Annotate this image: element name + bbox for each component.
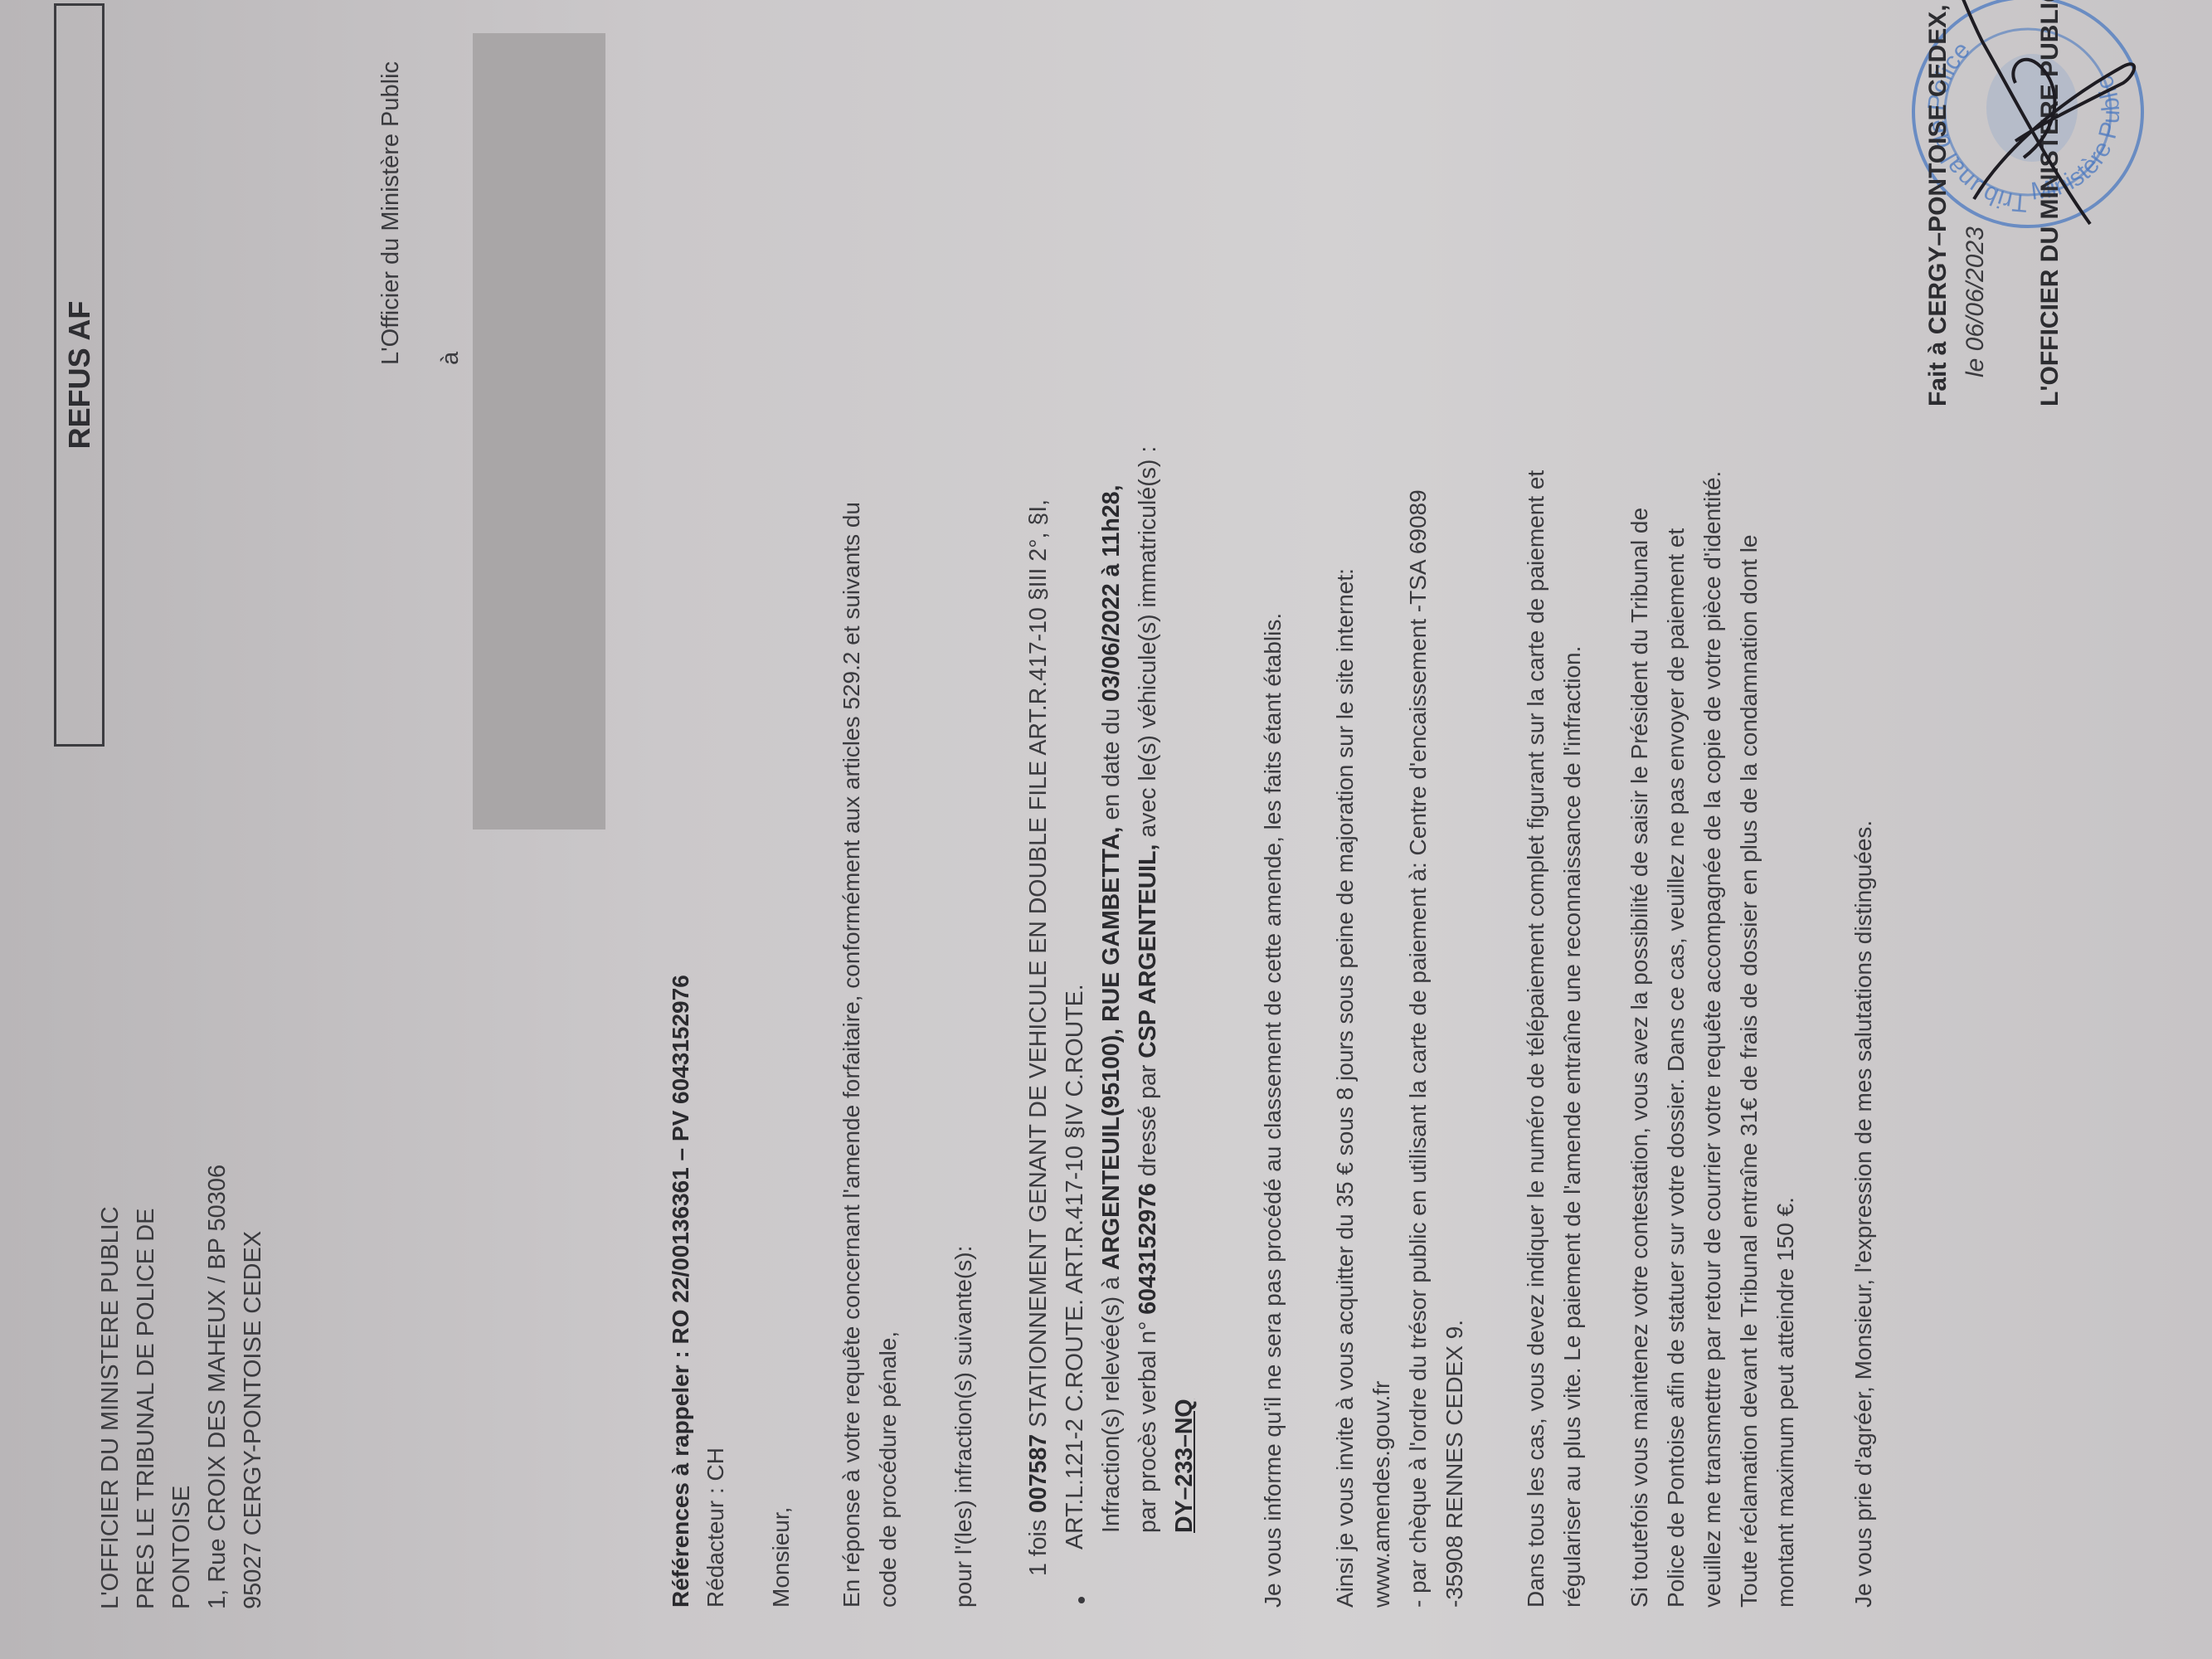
payment-website: www.amendes.gouv.fr: [1364, 489, 1400, 1608]
contestation-line: Toute réclamation devant le Tribunal ent…: [1731, 471, 1767, 1608]
redacted-recipient-address: [473, 33, 605, 829]
license-plate: DY–233–NQ: [1171, 1399, 1198, 1533]
payment-line: - par chèque à l'ordre du trésor public …: [1400, 489, 1437, 1608]
sender-line: 1, Rue CROIX DES MAHEUX / BP 50306: [200, 1165, 236, 1609]
telepaiement-paragraph: Dans tous les cas, vous devez indiquer l…: [1518, 470, 1591, 1608]
contestation-line: montant maximum peut atteindre 150 €.: [1767, 471, 1804, 1608]
infraction-datetime: 03/06/2022 à 11h28,: [1098, 484, 1125, 701]
references-block: Références à rappeler : RO 22/00136361 –…: [664, 975, 733, 1608]
date-prefix: en date du: [1098, 708, 1125, 820]
reference-label: Références à rappeler :: [668, 1350, 693, 1608]
letter-page: L'OFFICIER DU MINISTERE PUBLIC PRES LE T…: [0, 0, 2212, 1659]
from-to-block: L'Officier du Ministère Public à: [361, 61, 480, 365]
telepaiement-line: régulariser au plus vite. Le paiement de…: [1554, 470, 1591, 1608]
telepaiement-line: Dans tous les cas, vous devez indiquer l…: [1518, 470, 1554, 1608]
sender-line: L'OFFICIER DU MINISTERE PUBLIC: [93, 1165, 129, 1609]
drawn-by: CSP ARGENTEUIL,: [1135, 844, 1161, 1058]
contestation-line: Si toutefois vous maintenez votre contes…: [1621, 471, 1658, 1608]
place-prefix: Infraction(s) relevée(s) à: [1098, 1277, 1125, 1533]
drawn-by-prefix: dressé par: [1135, 1065, 1161, 1177]
reference-value: RO 22/00136361 – PV 6043152976: [668, 975, 693, 1344]
payment-line: Ainsi je vous invite à vous acquitter du…: [1327, 489, 1364, 1608]
reference-line: Références à rappeler : RO 22/00136361 –…: [664, 975, 698, 1608]
intro-line: En réponse à votre requête concernant l'…: [834, 502, 870, 1608]
infraction-line-3: Infraction(s) relevée(s) à ARGENTEUIL(95…: [1093, 446, 1130, 1576]
intro-line: code de procédure pénale,: [870, 502, 907, 1608]
count-prefix: 1 fois: [1025, 1520, 1052, 1576]
photo-background: L'OFFICIER DU MINISTERE PUBLIC PRES LE T…: [0, 0, 2212, 1659]
infraction-description: STATIONNEMENT GENANT DE VEHICULE EN DOUB…: [1025, 499, 1052, 1428]
infraction-line-5: DY–233–NQ: [1166, 446, 1203, 1576]
signature-date: le 06/06/2023: [1962, 226, 1990, 377]
from-label: L'Officier du Ministère Public: [361, 61, 421, 365]
sender-line: PONTOISE: [164, 1165, 200, 1609]
infraction-line-2: ART.L.121-2 C.ROUTE. ART.R.417-10 §IV C.…: [1057, 446, 1093, 1576]
closing-paragraph: Je vous prie d'agréer, Monsieur, l'expre…: [1845, 820, 1882, 1608]
pv-prefix: par procès verbal n°: [1135, 1321, 1161, 1533]
pv-number: 6043152976: [1135, 1183, 1161, 1315]
refusal-label: REFUS AF: [62, 301, 97, 450]
infraction-details: 1 fois 007587 STATIONNEMENT GENANT DE VE…: [1020, 446, 1203, 1576]
contestation-paragraph: Si toutefois vous maintenez votre contes…: [1621, 471, 1804, 1608]
sender-address: L'OFFICIER DU MINISTERE PUBLIC PRES LE T…: [93, 1165, 271, 1609]
sender-line: 95027 CERGY-PONTOISE CEDEX: [236, 1165, 271, 1609]
infraction-articles: ART.L.121-2 C.ROUTE. ART.R.417-10 §IV C.…: [1062, 984, 1088, 1550]
infraction-code: 007587: [1025, 1434, 1052, 1513]
infraction-place: ARGENTEUIL(95100), RUE GAMBETTA,: [1098, 827, 1125, 1271]
contestation-line: Police de Pontoise afin de statuer sur v…: [1658, 471, 1694, 1608]
contestation-line: veuillez me transmettre par retour de co…: [1694, 471, 1731, 1608]
bullet-icon: [1078, 1597, 1085, 1603]
refusal-stamp-box: REFUS AF: [54, 3, 105, 747]
infractions-intro: pour l'(les) infraction(s) suivante(s):: [946, 1246, 982, 1608]
salutation: Monsieur,: [763, 1507, 800, 1608]
payment-paragraph: Ainsi je vous invite à vous acquitter du…: [1327, 489, 1473, 1608]
infraction-line-1: 1 fois 007587 STATIONNEMENT GENANT DE VE…: [1020, 446, 1057, 1576]
intro-paragraph: En réponse à votre requête concernant l'…: [834, 502, 907, 1608]
infraction-line-4: par procès verbal n° 6043152976 dressé p…: [1130, 446, 1166, 1576]
payment-line: -35908 RENNES CEDEX 9.: [1437, 489, 1473, 1608]
decision-paragraph: Je vous informe qu'il ne sera pas procéd…: [1255, 613, 1291, 1608]
vehicle-prefix: avec le(s) véhicule(s) immatriculé(s) :: [1135, 446, 1161, 838]
redacteur: Rédacteur : CH: [698, 975, 733, 1608]
to-prefix: à: [421, 61, 480, 365]
signature-block: Tribunal de Police Ministère Public Fait…: [1908, 0, 2173, 664]
handwritten-signature-icon: [1924, 0, 2148, 232]
sender-line: PRES LE TRIBUNAL DE POLICE DE: [129, 1165, 164, 1609]
